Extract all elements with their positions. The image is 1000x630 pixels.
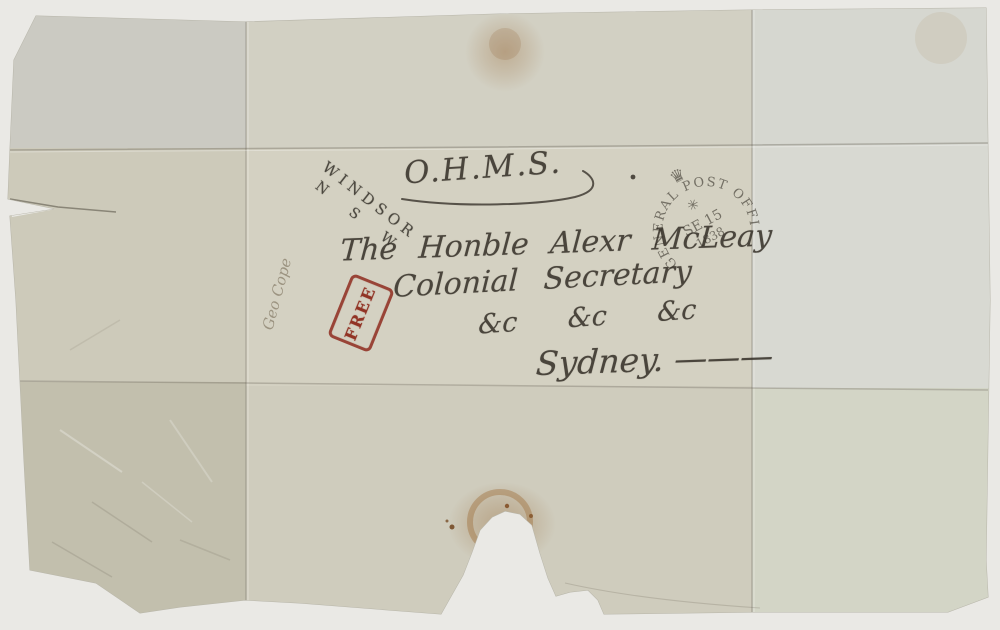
sender-docket: Geo Cope: [254, 239, 300, 350]
free-frank-label: FREE: [342, 283, 381, 343]
left-tear-crack: [10, 199, 116, 212]
address-line-etc: &c &c &c: [478, 294, 697, 340]
panel-top-center: [246, 0, 752, 148]
tear-stain: [448, 482, 556, 566]
wax-speck: [450, 525, 455, 530]
gpo-ornament: ✳: [684, 196, 702, 216]
free-frank-stamp: FREE: [327, 273, 395, 353]
panel-mid-left: [0, 148, 246, 382]
panel-top-right: [752, 0, 1000, 146]
bottom-crease: [565, 583, 760, 608]
panel-bottom-left: [0, 382, 246, 630]
address-line-city: Sydney. ———: [535, 336, 775, 383]
corner-stain: [915, 12, 967, 64]
crumple-lines: [52, 320, 230, 577]
wax-speck: [446, 520, 449, 523]
seal-stain: [465, 12, 545, 92]
tear-stain-ring: [470, 492, 530, 552]
wax-speck: [505, 504, 509, 508]
panel-bottom-center: [246, 386, 752, 630]
fold-line-horizontal-bottom: [10, 381, 988, 390]
seal-stain-core: [489, 28, 521, 60]
ohms-inscription: O.H.M.S.: [403, 145, 563, 192]
panel-top-left: [0, 0, 246, 148]
panel-bottom-right: [752, 388, 1000, 630]
wax-speck: [529, 514, 533, 518]
panel-mid-right: [752, 146, 1000, 388]
photo-backdrop: WINDSOR N S W O.H.M.S. ♛ GENERAL POST OF…: [0, 0, 1000, 630]
left-tear-gap: [10, 201, 56, 217]
